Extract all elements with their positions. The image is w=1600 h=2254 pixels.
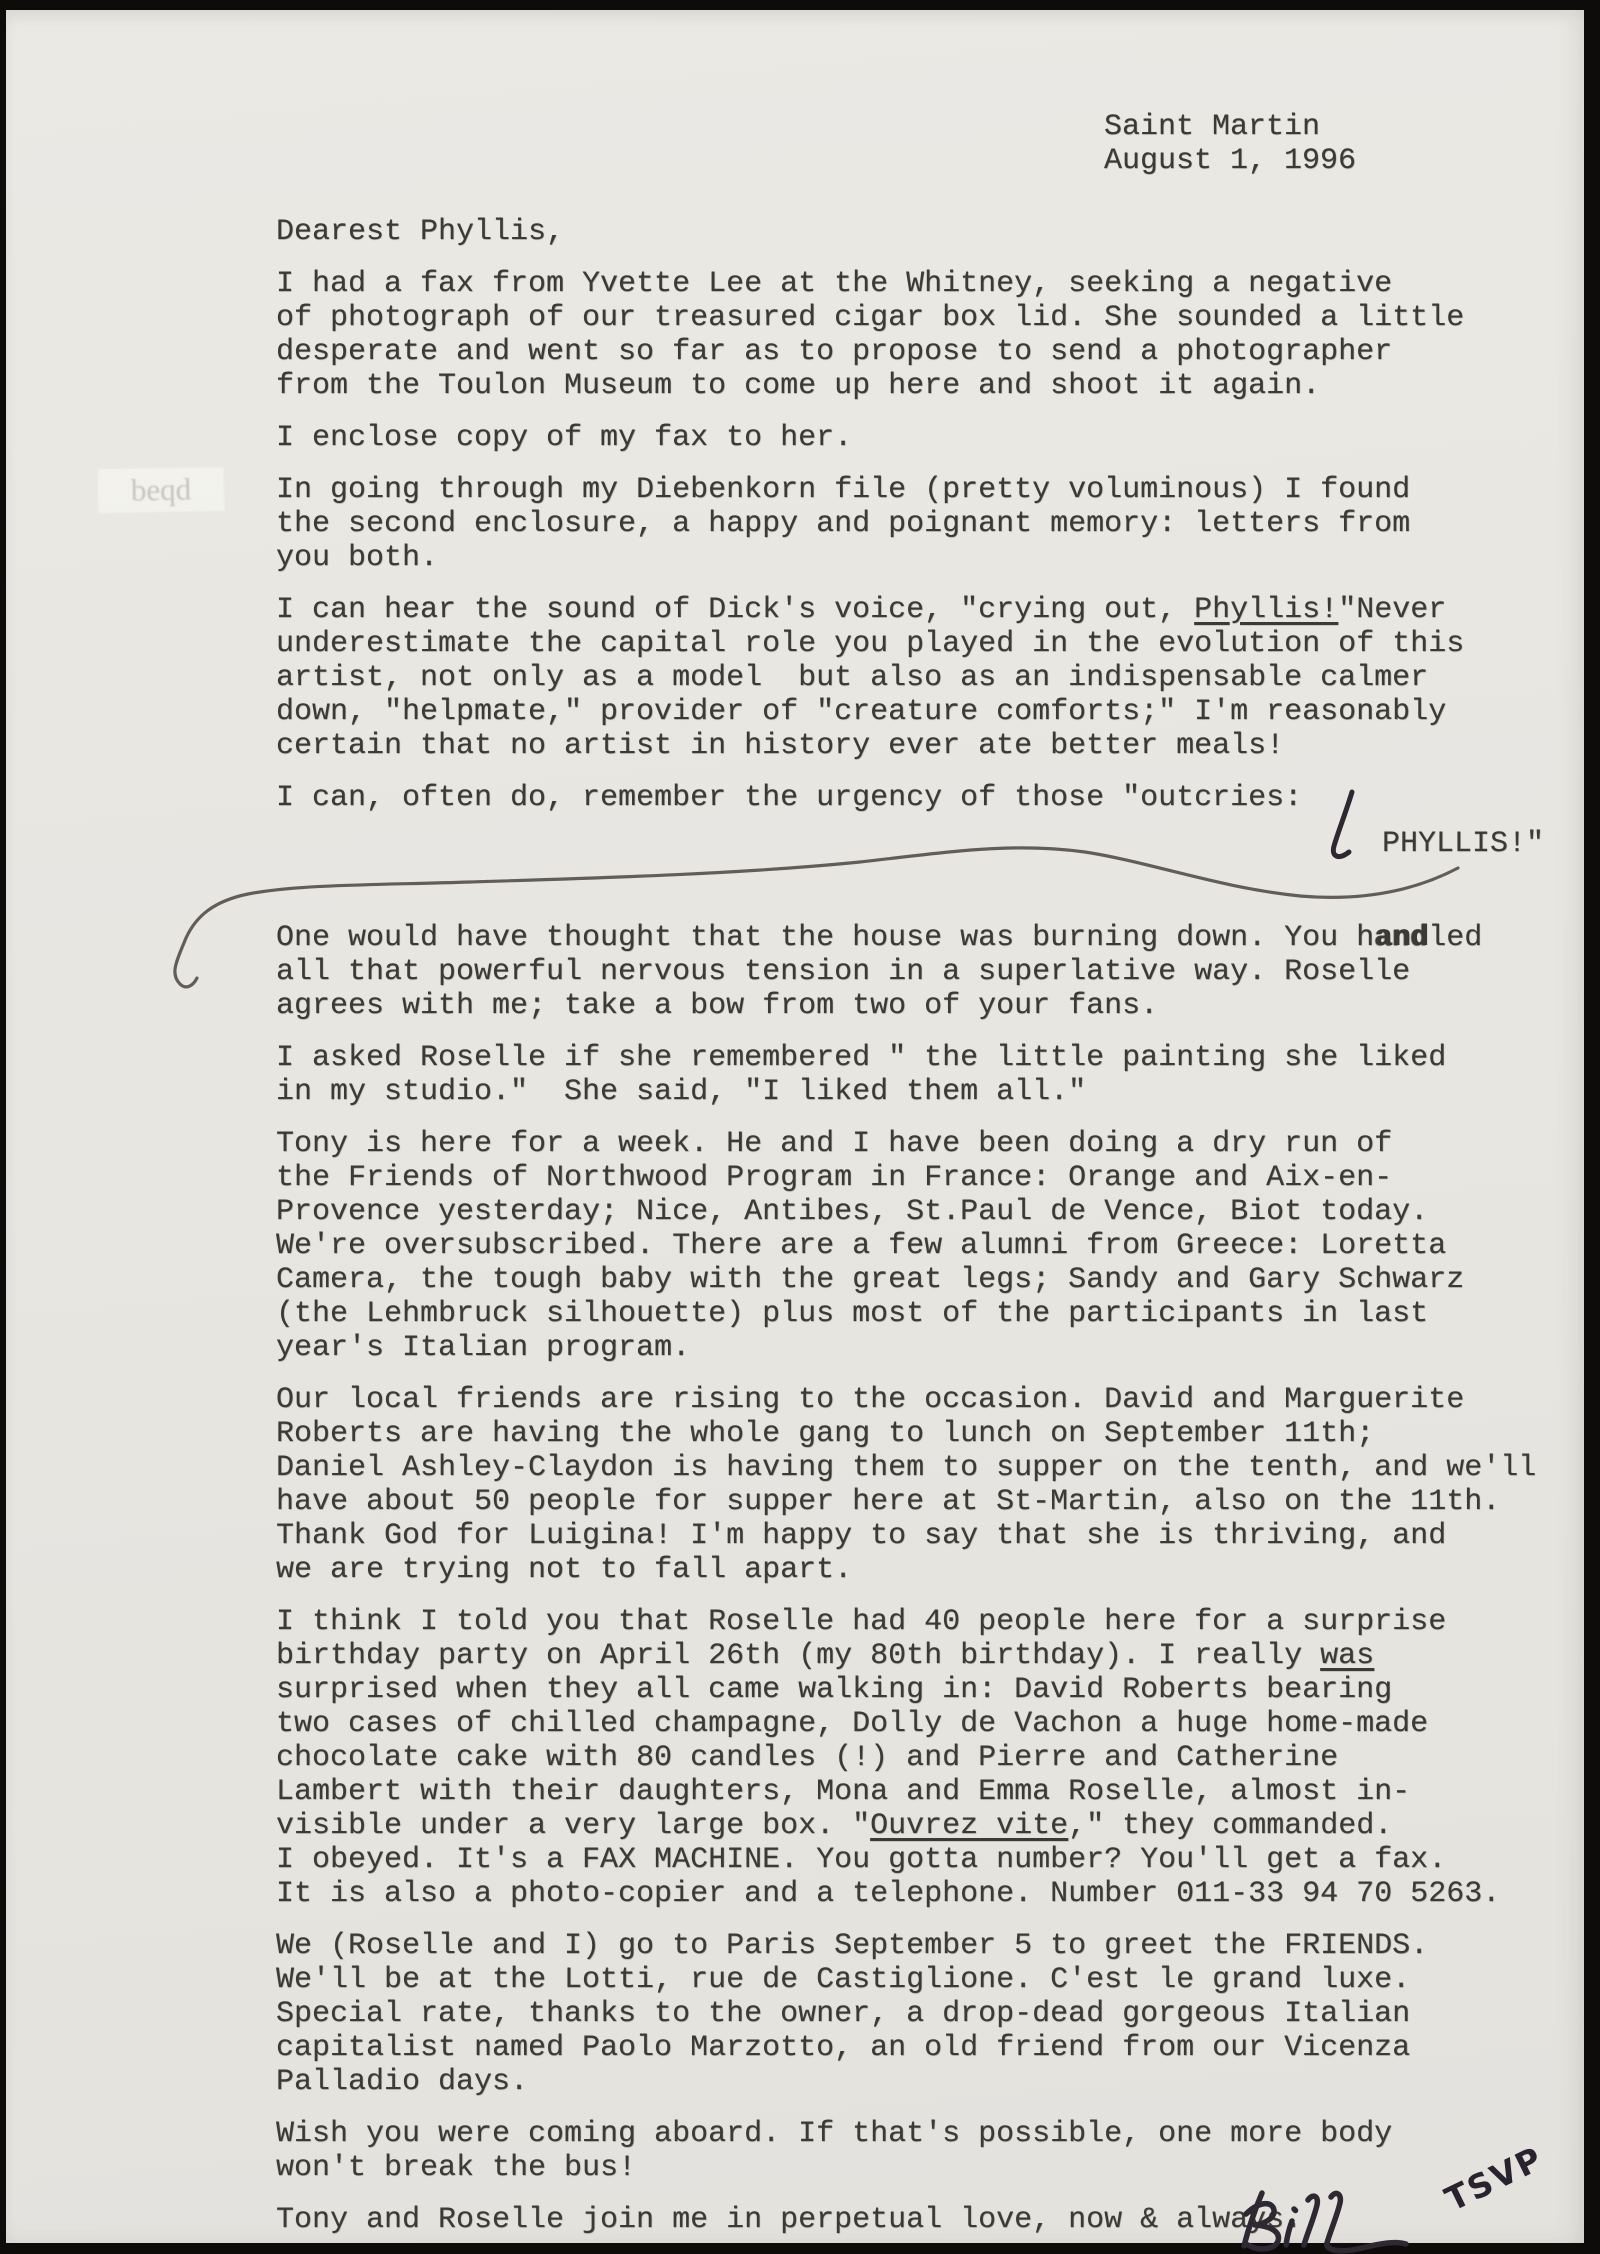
paragraph: I enclose copy of my fax to her. [276, 421, 1586, 455]
letter-header: Saint Martin August 1, 1996 [1104, 110, 1356, 178]
typed-line: the Friends of Northwood Program in Fran… [276, 1161, 1586, 1195]
typed-line: (the Lehmbruck silhouette) plus most of … [276, 1297, 1586, 1331]
typed-line: Daniel Ashley-Claydon is having them to … [276, 1451, 1586, 1485]
typed-line: agrees with me; take a bow from two of y… [276, 989, 1586, 1023]
paragraph: In going through my Diebenkorn file (pre… [276, 473, 1586, 575]
typed-line: One would have thought that the house wa… [276, 921, 1586, 955]
typed-line: I obeyed. It's a FAX MACHINE. You gotta … [276, 1843, 1586, 1877]
typed-line: down, "helpmate," provider of "creature … [276, 695, 1586, 729]
paragraph: I think I told you that Roselle had 40 p… [276, 1605, 1586, 1911]
typed-line: Camera, the tough baby with the great le… [276, 1263, 1586, 1297]
typed-line: I asked Roselle if she remembered " the … [276, 1041, 1586, 1075]
paragraph: We (Roselle and I) go to Paris September… [276, 1929, 1586, 2099]
typed-line: We (Roselle and I) go to Paris September… [276, 1929, 1586, 1963]
verso-stamp-showthrough: beqd [98, 467, 225, 513]
typed-line: artist, not only as a model but also as … [276, 661, 1586, 695]
place-line: Saint Martin [1104, 110, 1356, 144]
typed-line: capitalist named Paolo Marzotto, an old … [276, 2031, 1586, 2065]
typed-line: the second enclosure, a happy and poigna… [276, 507, 1586, 541]
typed-line: Provence yesterday; Nice, Antibes, St.Pa… [276, 1195, 1586, 1229]
typed-line: of photograph of our treasured cigar box… [276, 301, 1586, 335]
typed-line: Palladio days. [276, 2065, 1586, 2099]
typed-line: Our local friends are rising to the occa… [276, 1383, 1586, 1417]
typed-line: we are trying not to fall apart. [276, 1553, 1586, 1587]
typed-line: I think I told you that Roselle had 40 p… [276, 1605, 1586, 1639]
paragraph-group-a: I had a fax from Yvette Lee at the Whitn… [276, 267, 1586, 815]
letter-paper: beqd Saint Martin August 1, 1996 Dearest… [6, 10, 1584, 2243]
typed-line: We're oversubscribed. There are a few al… [276, 1229, 1586, 1263]
paragraph: Wish you were coming aboard. If that's p… [276, 2117, 1586, 2185]
typed-line: surprised when they all came walking in:… [276, 1673, 1586, 1707]
paragraph: One would have thought that the house wa… [276, 921, 1586, 1023]
salutation: Dearest Phyllis, [276, 215, 1586, 249]
typed-line: visible under a very large box. "Ouvrez … [276, 1809, 1586, 1843]
typed-line: I had a fax from Yvette Lee at the Whitn… [276, 267, 1586, 301]
paragraph: Our local friends are rising to the occa… [276, 1383, 1586, 1587]
paragraph: I can hear the sound of Dick's voice, "c… [276, 593, 1586, 763]
typed-line: desperate and went so far as to propose … [276, 335, 1586, 369]
typed-line: Lambert with their daughters, Mona and E… [276, 1775, 1586, 1809]
typed-line: Wish you were coming aboard. If that's p… [276, 2117, 1586, 2151]
typed-line: in my studio." She said, "I liked them a… [276, 1075, 1586, 1109]
date-line: August 1, 1996 [1104, 144, 1356, 178]
typed-line: underestimate the capital role you playe… [276, 627, 1586, 661]
paragraph: I had a fax from Yvette Lee at the Whitn… [276, 267, 1586, 403]
typed-line: I can, often do, remember the urgency of… [276, 781, 1586, 815]
letter-body: Dearest Phyllis, I had a fax from Yvette… [276, 215, 1586, 2254]
paragraph: I asked Roselle if she remembered " the … [276, 1041, 1586, 1109]
paragraph: Tony and Roselle join me in perpetual lo… [276, 2203, 1586, 2237]
typed-line: Special rate, thanks to the owner, a dro… [276, 1997, 1586, 2031]
paragraph: I can, often do, remember the urgency of… [276, 781, 1586, 815]
handwritten-interjection-typed: PHYLLIS!" [276, 827, 1544, 861]
typed-line: birthday party on April 26th (my 80th bi… [276, 1639, 1586, 1673]
typed-line: Tony is here for a week. He and I have b… [276, 1127, 1586, 1161]
typed-line: won't break the bus! [276, 2151, 1586, 2185]
typed-line: you both. [276, 541, 1586, 575]
typed-line: year's Italian program. [276, 1331, 1586, 1365]
typed-line: two cases of chilled champagne, Dolly de… [276, 1707, 1586, 1741]
paragraph: Tony is here for a week. He and I have b… [276, 1127, 1586, 1365]
typed-line: all that powerful nervous tension in a s… [276, 955, 1586, 989]
typed-line: have about 50 people for supper here at … [276, 1485, 1586, 1519]
typed-line: certain that no artist in history ever a… [276, 729, 1586, 763]
scan-background: { "letter": { "place": "Saint Martin", "… [0, 0, 1600, 2254]
typed-line: I can hear the sound of Dick's voice, "c… [276, 593, 1586, 627]
typed-line: It is also a photo-copier and a telephon… [276, 1877, 1586, 1911]
typed-line: chocolate cake with 80 candles (!) and P… [276, 1741, 1586, 1775]
typed-line: from the Toulon Museum to come up here a… [276, 369, 1586, 403]
typed-line: Tony and Roselle join me in perpetual lo… [276, 2203, 1586, 2237]
typed-line: We'll be at the Lotti, rue de Castiglion… [276, 1963, 1586, 1997]
typed-line: Roberts are having the whole gang to lun… [276, 1417, 1586, 1451]
typed-line: Thank God for Luigina! I'm happy to say … [276, 1519, 1586, 1553]
paragraph-group-b: One would have thought that the house wa… [276, 921, 1586, 2237]
typed-line: I enclose copy of my fax to her. [276, 421, 1586, 455]
typed-line: In going through my Diebenkorn file (pre… [276, 473, 1586, 507]
